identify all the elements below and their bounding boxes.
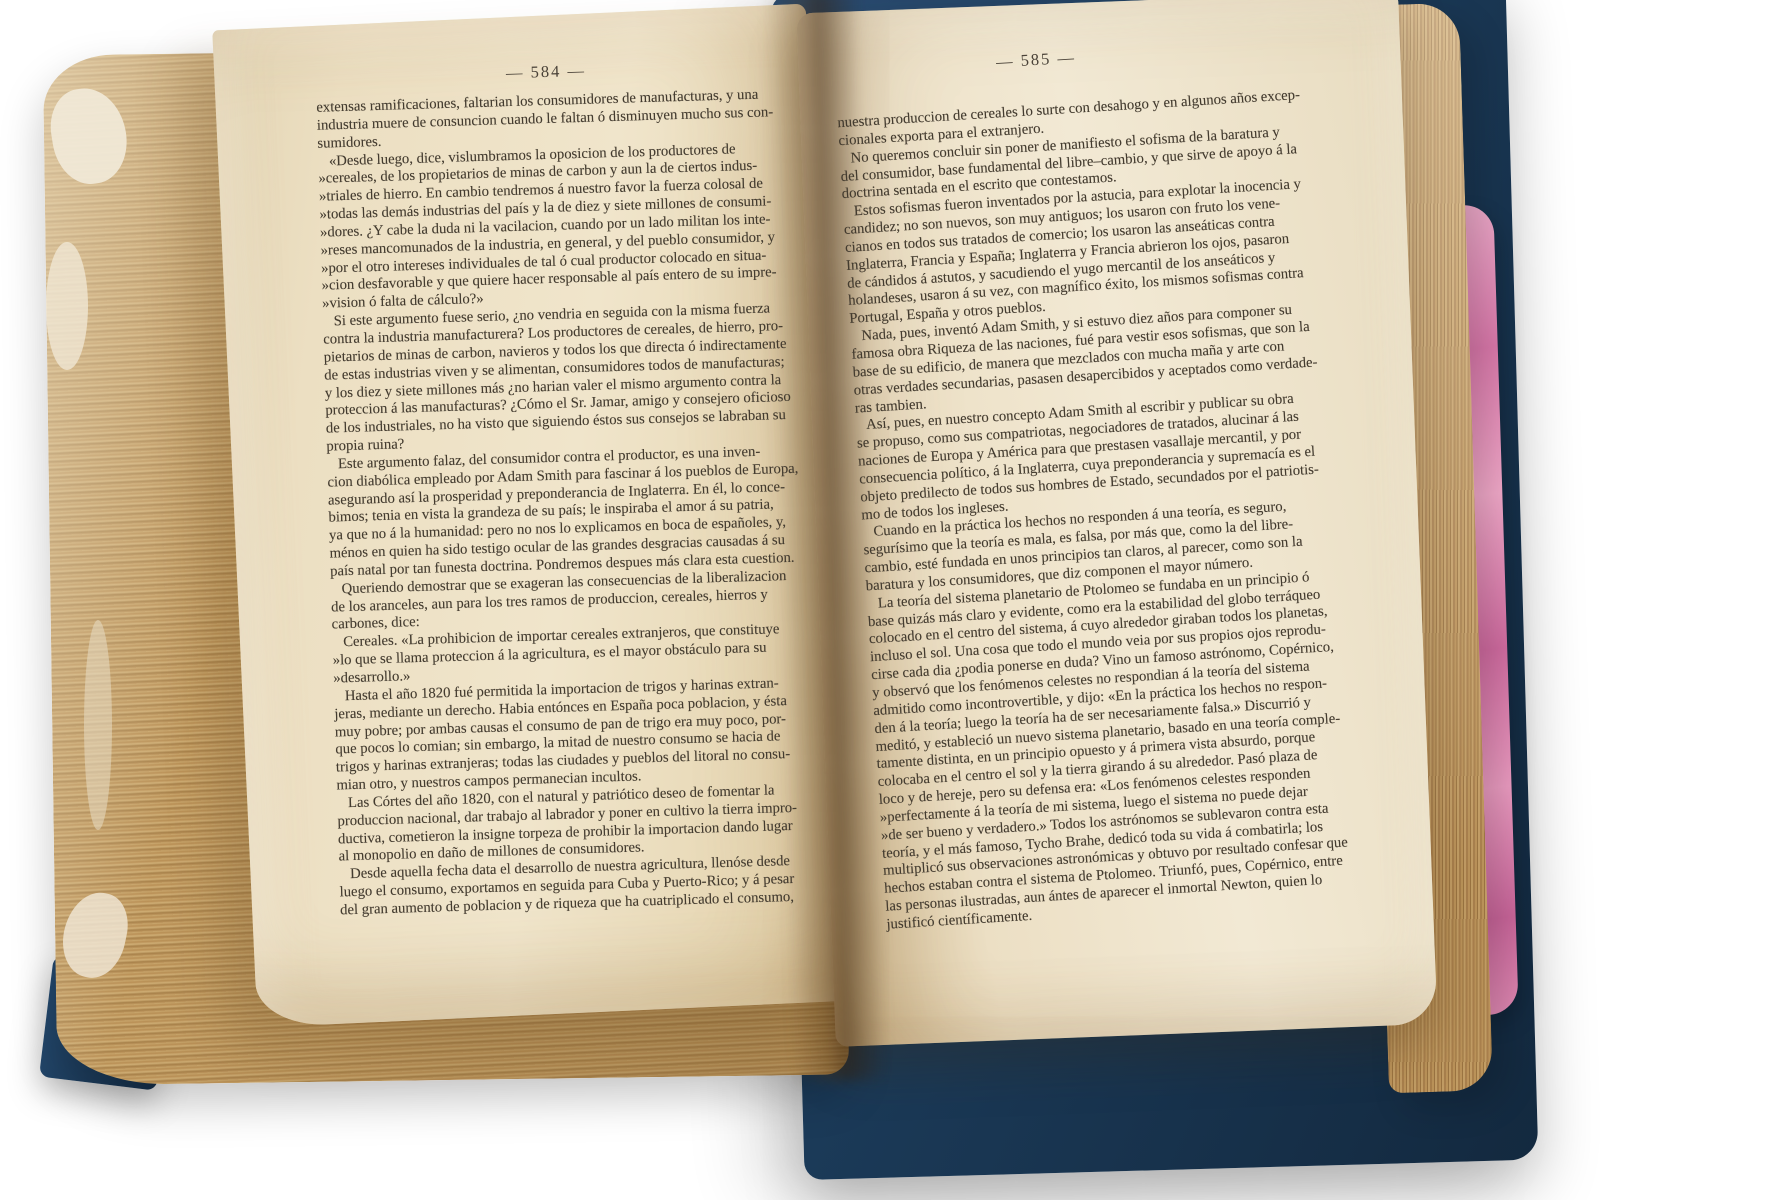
- book-photo: — 584 — — 585 — extensas ramificaciones,…: [0, 0, 1770, 1200]
- left-page-number: — 584 —: [506, 61, 587, 84]
- right-page-text: nuestra produccion de cereales lo surte …: [837, 84, 1398, 935]
- worn-patch: [84, 620, 112, 830]
- worn-patch: [46, 242, 88, 370]
- left-page-text: extensas ramificaciones, faltarian los c…: [316, 84, 865, 920]
